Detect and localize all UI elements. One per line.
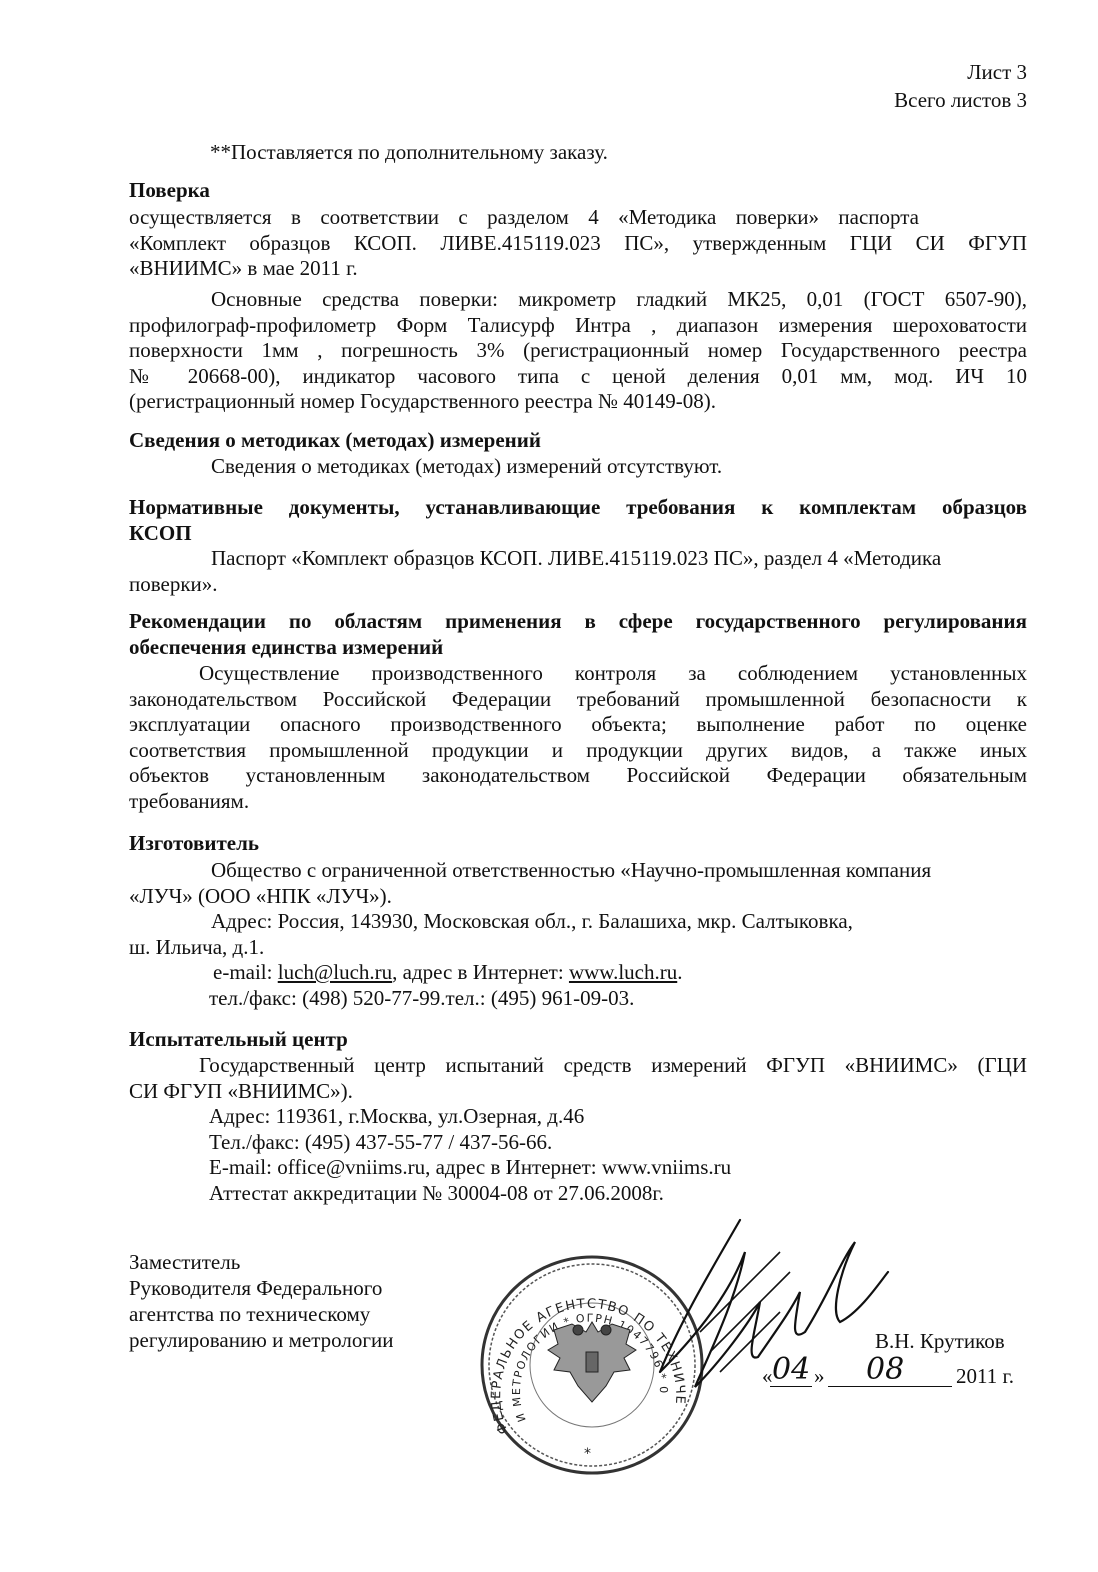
signatory-title-line: агентства по техническому [129, 1301, 449, 1327]
signatory-title-line: Руководителя Федерального [129, 1275, 449, 1301]
signatory-title-line: регулированию и метрологии [129, 1327, 449, 1353]
total-sheets: Всего листов 3 [894, 88, 1027, 113]
manufacturer-text: Общество с ограниченной ответственностью… [129, 858, 1027, 1011]
normative-heading-line: Нормативные документы, устанавливающие т… [129, 495, 1027, 521]
recommendations-line: требованиям. [129, 789, 1027, 815]
date-year: 2011 г. [956, 1364, 1014, 1389]
heading-normative: Нормативные документы, устанавливающие т… [129, 495, 1027, 546]
date-day: 04 [772, 1352, 810, 1387]
means-line: Основные средства поверки: микрометр гла… [129, 287, 1027, 313]
date-quote-close: » [814, 1364, 825, 1389]
heading-verification: Поверка [129, 178, 210, 203]
recommendations-heading-line: обеспечения единства измерений [129, 635, 1027, 661]
recommendations-text: Осуществление производственного контроля… [129, 661, 1027, 814]
signatory-title: Заместитель Руководителя Федерального аг… [129, 1249, 449, 1353]
manufacturer-phones: тел./факс: (498) 520-77-99.тел.: (495) 9… [129, 986, 1027, 1012]
signatory-name: В.Н. Крутиков [875, 1329, 1005, 1354]
heading-methods: Сведения о методиках (методах) измерений [129, 428, 541, 453]
recommendations-heading-line: Рекомендации по областям применения в сф… [129, 609, 1027, 635]
verification-text: осуществляется в соответствии с разделом… [129, 205, 1027, 282]
test-center-phones: Тел./факс: (495) 437-55-77 / 437-56-66. [129, 1130, 1027, 1156]
date-month: 08 [866, 1352, 904, 1387]
recommendations-line: эксплуатации опасного производственного … [129, 712, 1027, 738]
web-label: , адрес в Интернет: [392, 960, 569, 984]
manufacturer-name-line: «ЛУЧ» (ООО «НПК «ЛУЧ»). [129, 884, 1027, 910]
test-center-address: Адрес: 119361, г.Москва, ул.Озерная, д.4… [129, 1104, 1027, 1130]
document-page: Лист 3 Всего листов 3 **Поставляется по … [0, 0, 1098, 1572]
date-day-underline [770, 1386, 812, 1387]
test-center-name-line: Государственный центр испытаний средств … [129, 1053, 1027, 1079]
svg-text:*: * [584, 1446, 591, 1462]
test-center-accreditation: Аттестат аккредитации № 30004-08 от 27.0… [129, 1181, 1027, 1207]
manufacturer-name-line: Общество с ограниченной ответственностью… [129, 858, 1027, 884]
heading-recommendations: Рекомендации по областям применения в сф… [129, 609, 1027, 660]
verification-line: осуществляется в соответствии с разделом… [129, 205, 919, 231]
recommendations-line: объектов установленным законодательством… [129, 763, 1027, 789]
normative-line: поверки». [129, 572, 1027, 598]
punctuation: . [677, 960, 682, 984]
signature-date: « 04 » 08 2011 г. [758, 1352, 1028, 1392]
recommendations-line: законодательством Российской Федерации т… [129, 687, 1027, 713]
test-center-name-line: СИ ФГУП «ВНИИМС»). [129, 1079, 1027, 1105]
test-center-email-web: E-mail: office@vniims.ru, адрес в Интерн… [129, 1155, 1027, 1181]
means-line: (регистрационный номер Государственного … [129, 389, 1027, 415]
date-month-underline [828, 1386, 952, 1387]
manufacturer-contacts: e-mail: luch@luch.ru, адрес в Интернет: … [129, 960, 1027, 986]
manufacturer-address-line: Адрес: Россия, 143930, Московская обл., … [129, 909, 1027, 935]
normative-line: Паспорт «Комплект образцов КСОП. ЛИВЕ.41… [129, 546, 1027, 572]
sheet-number: Лист 3 [967, 60, 1027, 85]
manufacturer-address-line: ш. Ильича, д.1. [129, 935, 1027, 961]
heading-test-center: Испытательный центр [129, 1027, 348, 1052]
normative-text: Паспорт «Комплект образцов КСОП. ЛИВЕ.41… [129, 546, 1027, 597]
manufacturer-email-link[interactable]: luch@luch.ru [278, 960, 392, 984]
verification-line: «ВНИИМС» в мае 2011 г. [129, 256, 1027, 282]
verification-means: Основные средства поверки: микрометр гла… [129, 287, 1027, 415]
normative-heading-line: КСОП [129, 521, 1027, 547]
signatory-title-line: Заместитель [129, 1249, 449, 1275]
means-line: профилограф-профилометр Форм Талисурф Ин… [129, 313, 1027, 339]
test-center-text: Государственный центр испытаний средств … [129, 1053, 1027, 1206]
manufacturer-web-link[interactable]: www.luch.ru [569, 960, 677, 984]
means-line: поверхности 1мм , погрешность 3% (регист… [129, 338, 1027, 364]
recommendations-line: соответствия промышленной продукции и пр… [129, 738, 1027, 764]
heading-manufacturer: Изготовитель [129, 831, 259, 856]
means-line: № 20668-00), индикатор часового типа с ц… [129, 364, 1027, 390]
footnote: **Поставляется по дополнительному заказу… [210, 140, 608, 165]
email-label: e-mail: [213, 960, 278, 984]
recommendations-line: Осуществление производственного контроля… [129, 661, 1027, 687]
methods-text: Сведения о методиках (методах) измерений… [211, 454, 722, 479]
verification-line: «Комплект образцов КСОП. ЛИВЕ.415119.023… [129, 231, 1027, 257]
